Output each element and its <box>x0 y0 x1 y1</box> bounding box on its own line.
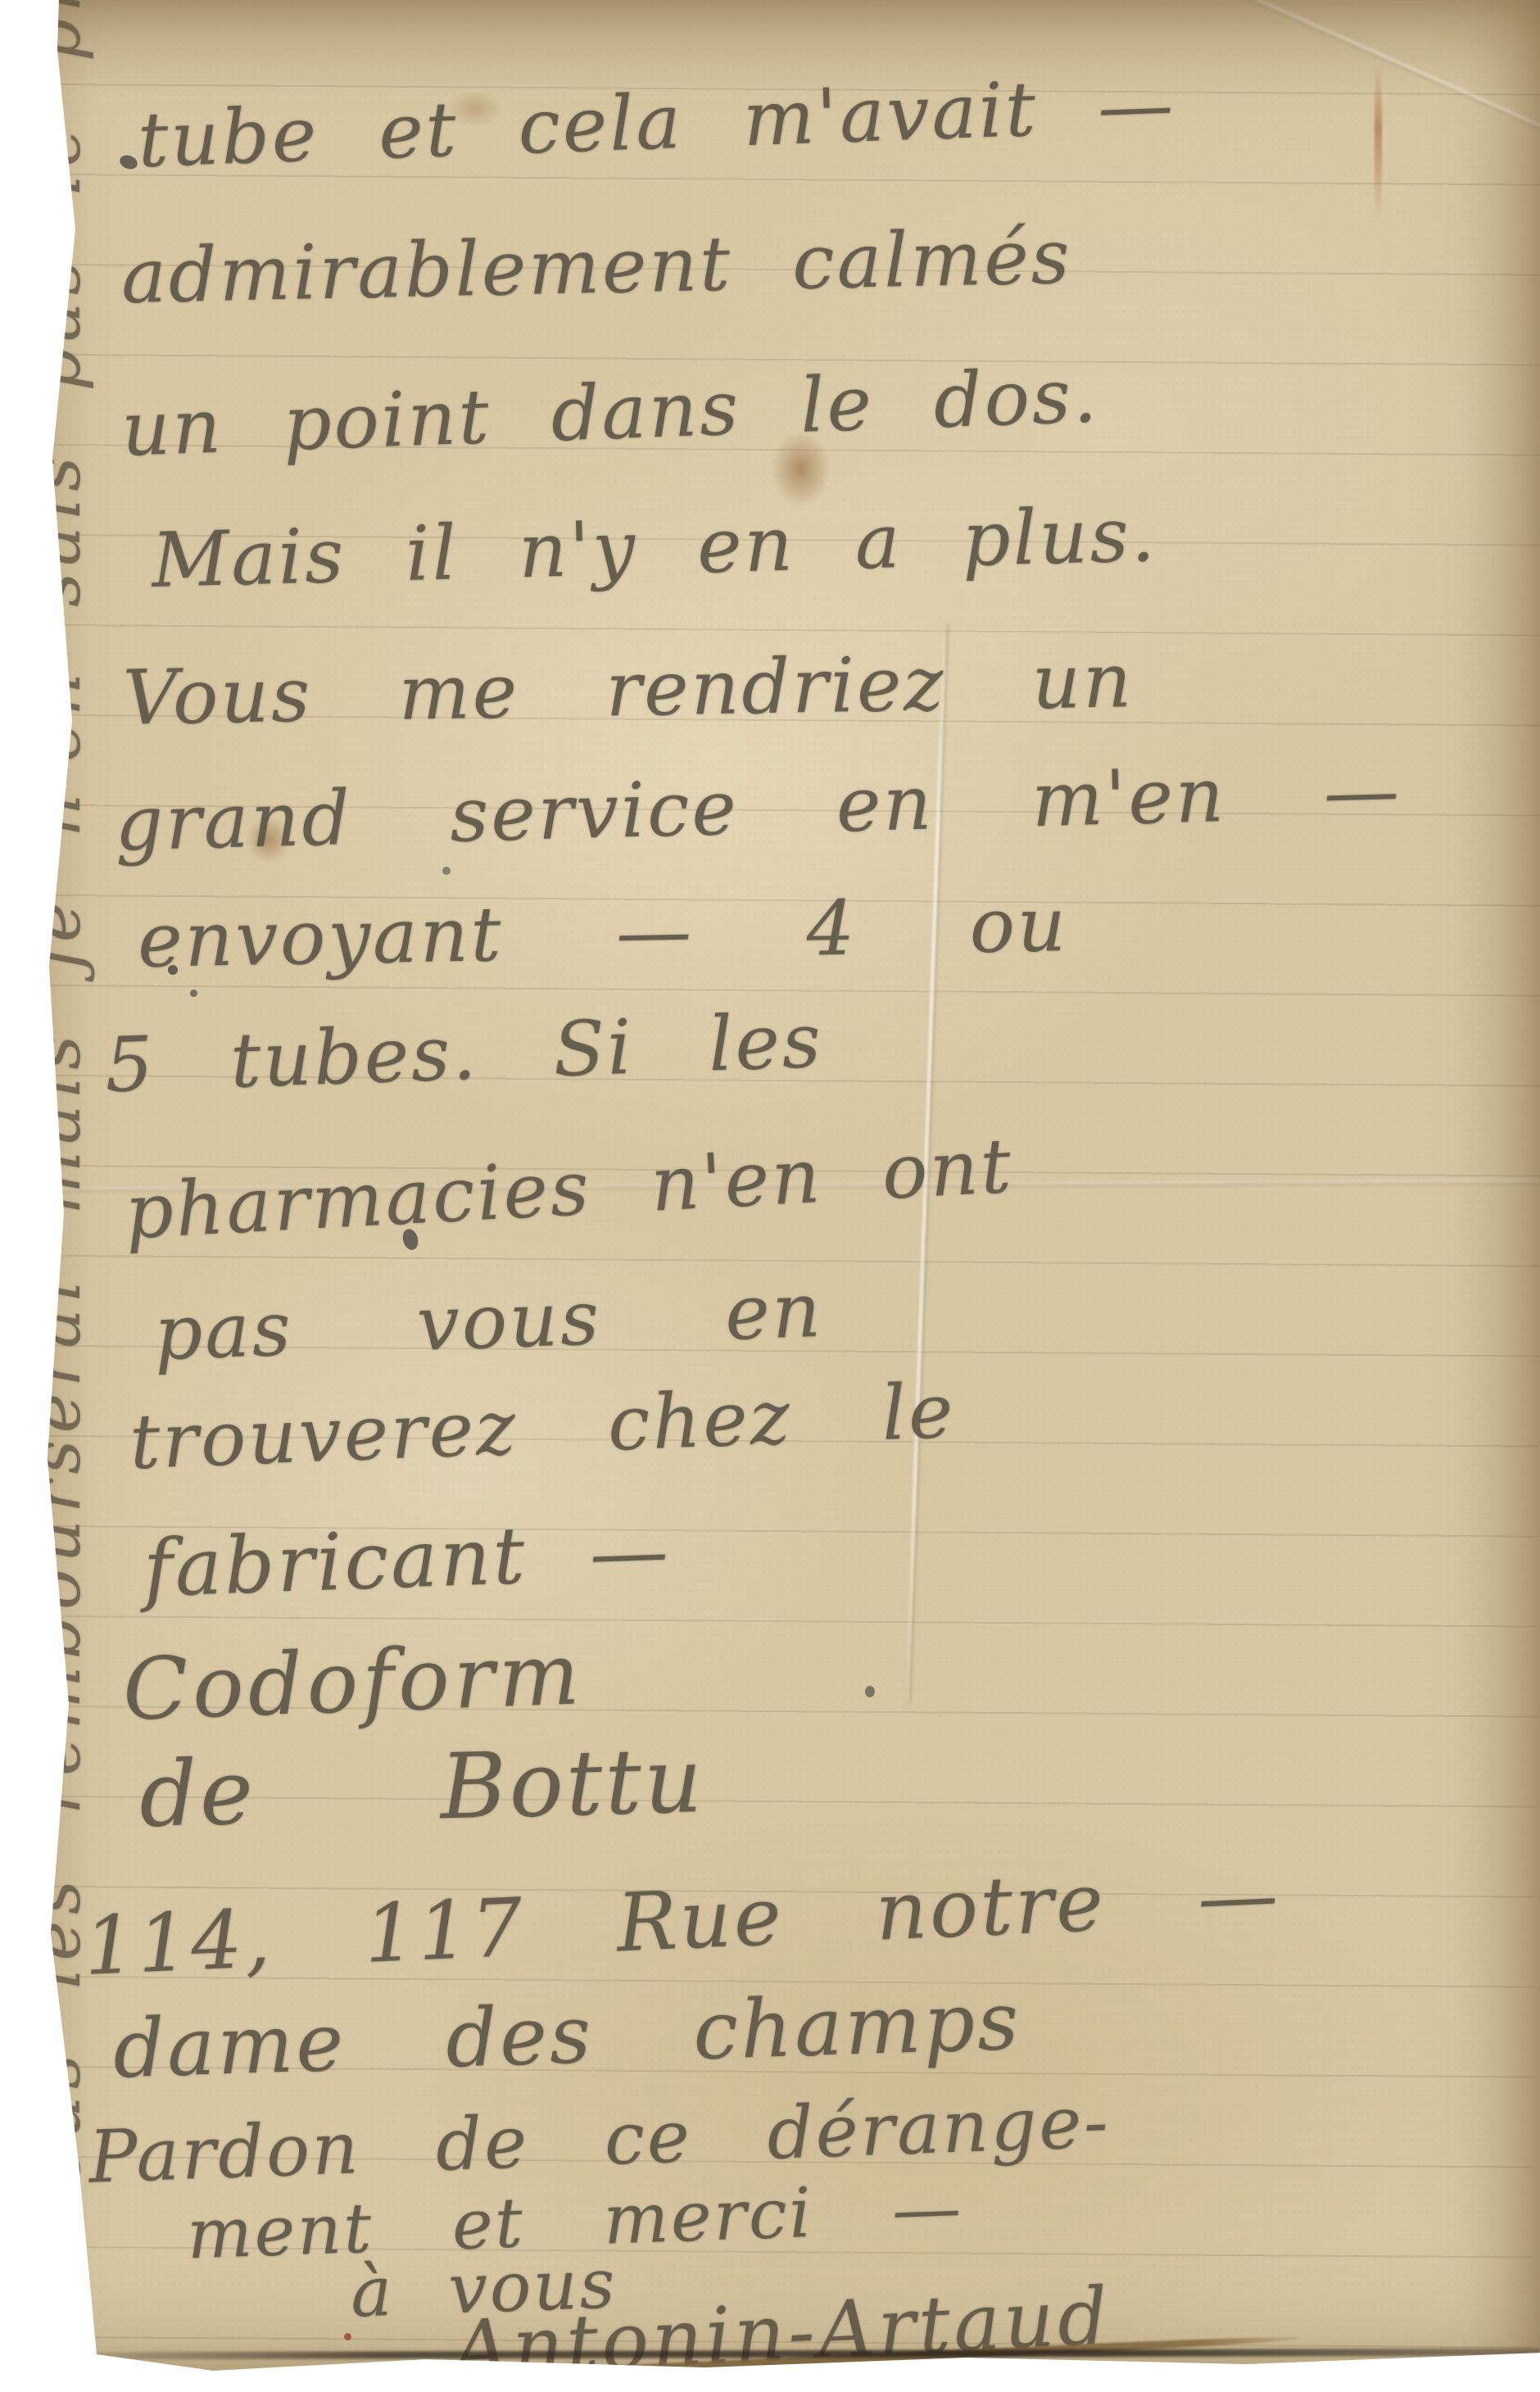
edge-vignette <box>0 0 1540 2376</box>
letter-paper: tube et cela m'avait — admirablement cal… <box>0 0 1540 2376</box>
scanned-letter-scene: tube et cela m'avait — admirablement cal… <box>0 0 1540 2392</box>
